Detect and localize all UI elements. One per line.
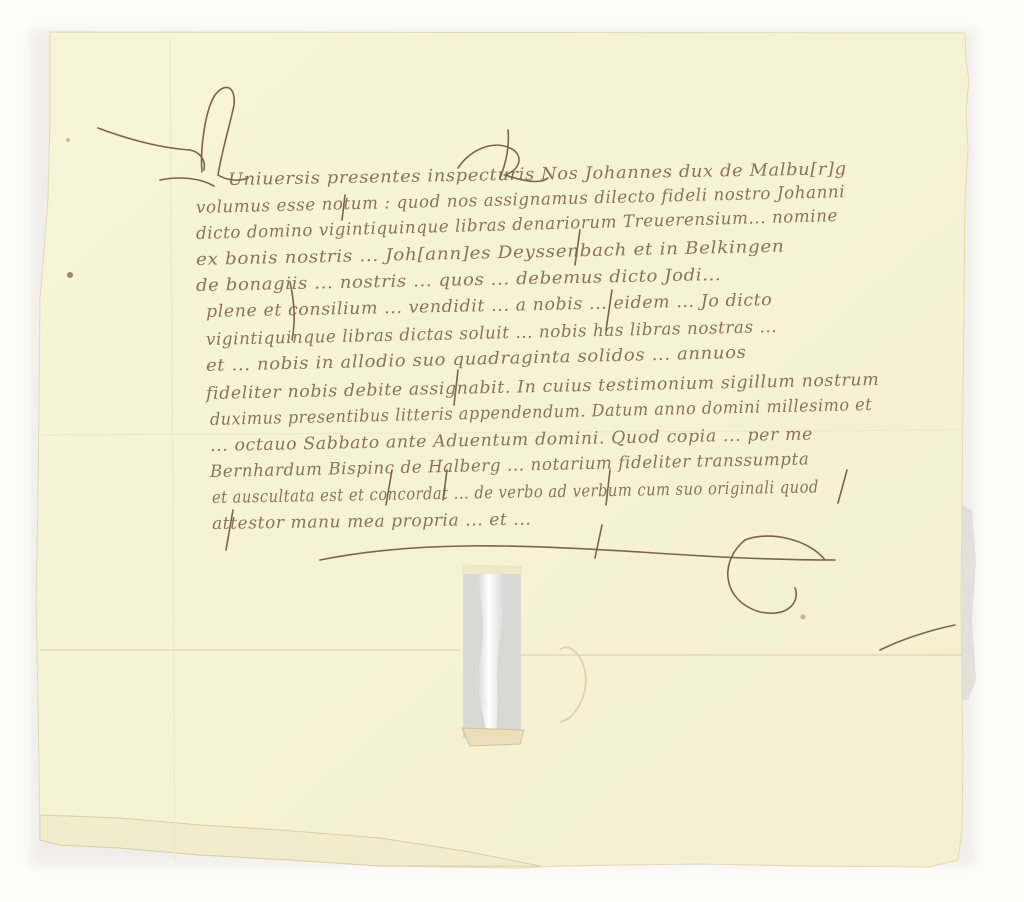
document-stage: Uniuersis presentes inspecturis Nos Joha… (0, 0, 1024, 902)
manuscript-paper (0, 0, 1024, 902)
torn-slit (462, 564, 524, 746)
